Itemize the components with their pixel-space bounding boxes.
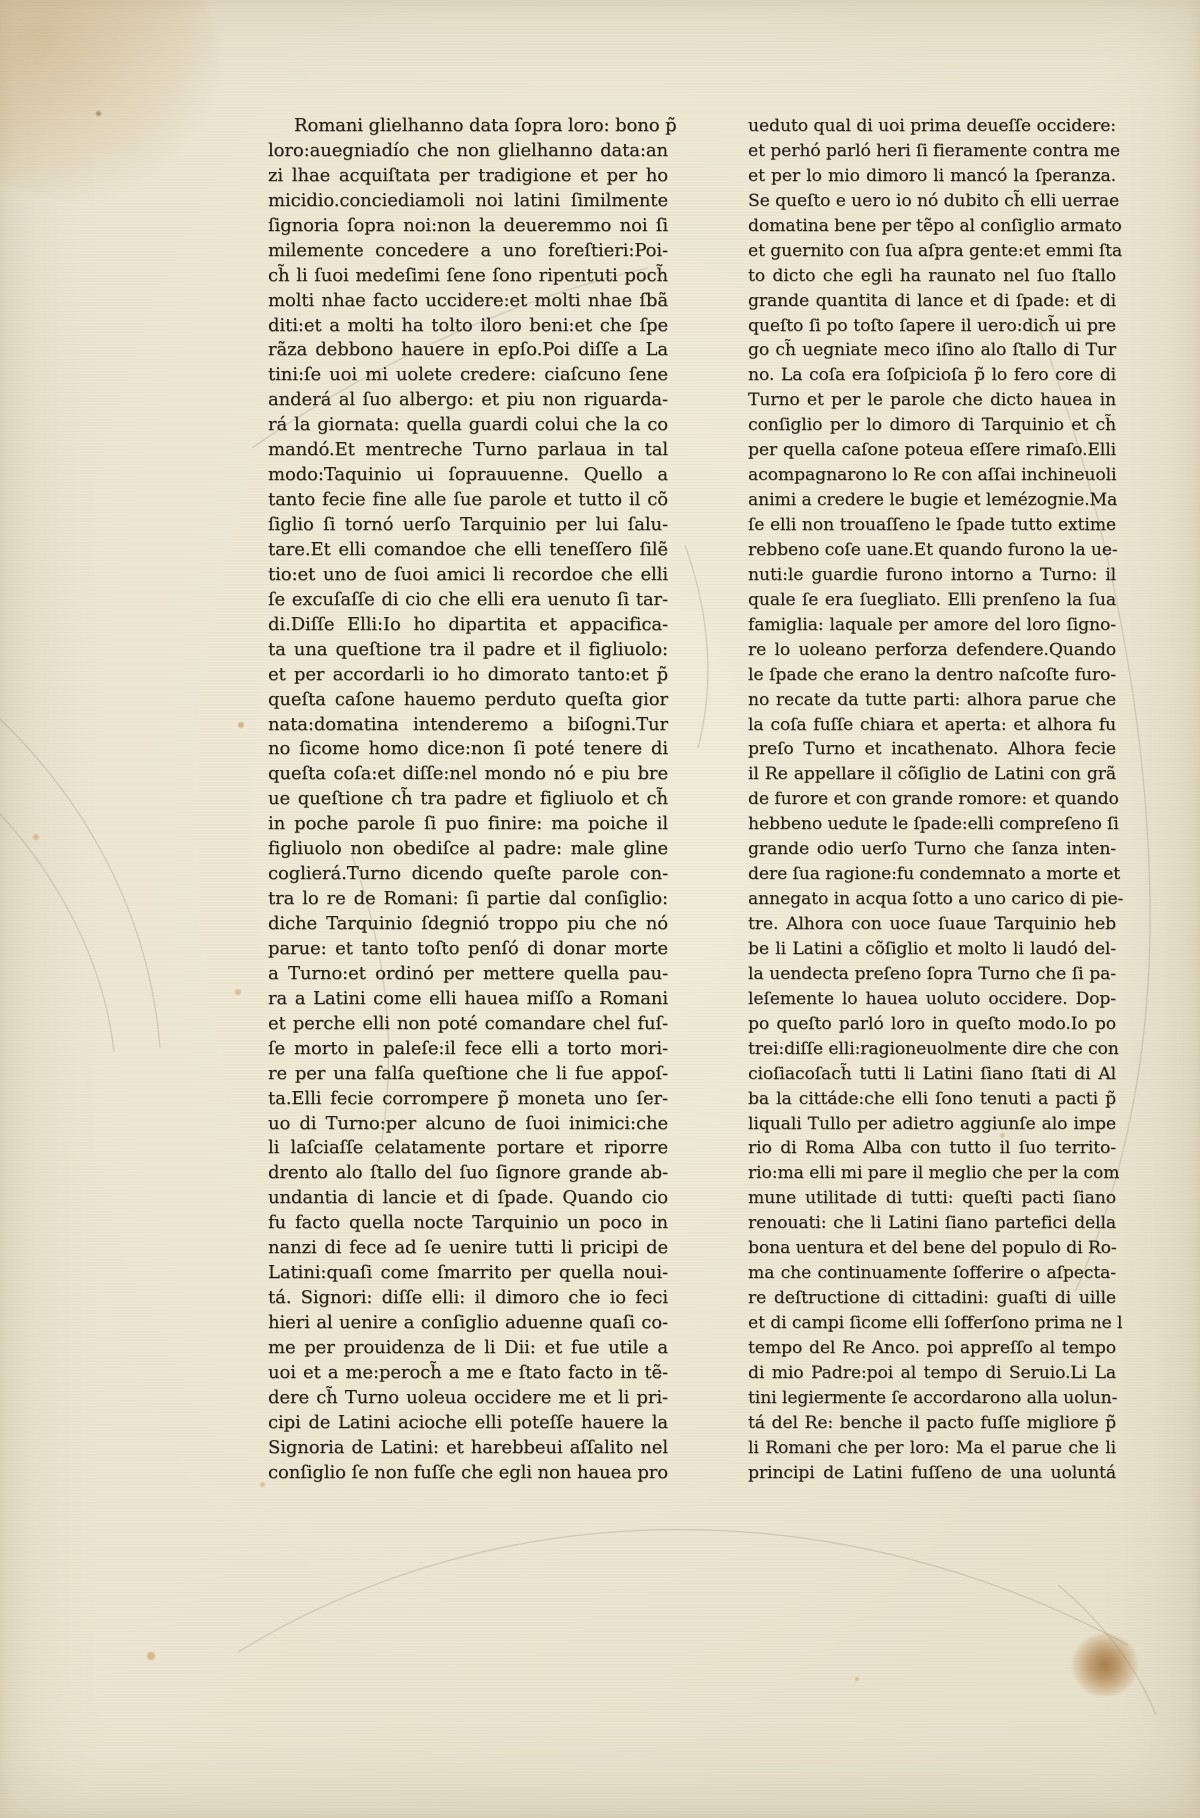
text-line: conſiglio ſe non fuſſe che egli non haue…: [268, 1461, 668, 1486]
foxing-stain-corner: [0, 0, 220, 200]
text-line: re lo uoleano perforza defendere.Quando: [748, 638, 1116, 663]
text-line: parue: et tanto toſto penſó di donar mor…: [268, 937, 668, 962]
text-line: zi lhae acquiſtata per tradigione et per…: [268, 164, 668, 189]
text-line: et guernito con ſua aſpra gente:et emmi …: [748, 239, 1116, 264]
text-line: ue queſtione ch̃ tra padre et figliuolo …: [268, 787, 668, 812]
text-line: la coſa fuſſe chiara et aperta: et alhor…: [748, 713, 1116, 738]
text-line: rá la giornata: quella guardi colui che …: [268, 413, 668, 438]
foxing-speck: [855, 1677, 859, 1681]
text-line: diche Tarquinio ſdegnió troppo piu che n…: [268, 912, 668, 937]
text-line: la uendecta preſeno ſopra Turno che ſi p…: [748, 962, 1116, 987]
text-line: ba la cittáde:che elli ſono tenuti a pac…: [748, 1087, 1116, 1112]
text-line: ta una queſtione tra il padre et il figl…: [268, 638, 668, 663]
foxing-speck: [33, 834, 39, 840]
text-line: drento alo ſtallo del ſuo ſignore grande…: [268, 1161, 668, 1186]
text-line: to dicto che egli ha raunato nel ſuo ſta…: [748, 264, 1116, 289]
text-line: acompagnarono lo Re con aſſai inchineuol…: [748, 463, 1116, 488]
text-line: hebbeno uedute le ſpade:elli compreſeno …: [748, 812, 1116, 837]
text-line: di mio Padre:poi al tempo di Seruio.Li L…: [748, 1361, 1116, 1386]
text-line: molti nhae facto uccidere:et molti nhae …: [268, 289, 668, 314]
text-line: ch̃ li ſuoi medeſimi ſene ſono ripentuti…: [268, 264, 668, 289]
text-line: nanzi di fece ad ſe uenire tutti li pric…: [268, 1236, 668, 1261]
text-line: quale ſe era ſuegliato. Elli prenſeno la…: [748, 588, 1116, 613]
text-line: dere ſua ragione:fu condemnato a morte e…: [748, 862, 1116, 887]
text-line: diti:et a molti ha tolto iloro beni:et c…: [268, 314, 668, 339]
text-line: ſe elli non trouaſſeno le ſpade tutto ex…: [748, 513, 1116, 538]
text-line: domatina bene per tẽpo al conſiglio arma…: [748, 214, 1116, 239]
text-line: Romani glielhanno data ſopra loro: bono …: [268, 114, 668, 139]
text-line: principi de Latini fuſſeno de una uolunt…: [748, 1461, 1116, 1486]
text-line: nuti:le guardie furono intorno a Turno: …: [748, 563, 1116, 588]
text-line: dere ch̃ Turno uoleua occidere me et li …: [268, 1386, 668, 1411]
text-line: Signoria de Latini: et harebbeui aſſalit…: [268, 1436, 668, 1461]
text-line: liquali Tullo per adietro aggiunſe alo i…: [748, 1112, 1116, 1137]
text-line: rãza debbono hauere in epſo.Poi diſſe a …: [268, 338, 668, 363]
text-line: rio di Roma Alba con tutto il ſuo territ…: [748, 1136, 1116, 1161]
text-column-right: ueduto qual di uoi prima deueſſe occider…: [748, 114, 1116, 1486]
text-line: tio:et uno de ſuoi amici li recordoe che…: [268, 563, 668, 588]
text-line: Se queſto e uero io nó dubito ch̃ elli u…: [748, 189, 1116, 214]
text-line: cioſiacoſach̃ tutti li Latini ſiano ſtat…: [748, 1062, 1116, 1087]
text-line: bona uentura et del bene del populo di R…: [748, 1236, 1116, 1261]
text-line: undantia di lancie et di ſpade. Quando c…: [268, 1186, 668, 1211]
text-line: et di campi ſicome elli ſofferſono prima…: [748, 1311, 1116, 1336]
text-line: grande odio uerſo Turno che ſanza inten-: [748, 837, 1116, 862]
text-line: uoi et a me:peroch̃ a me e ſtato facto i…: [268, 1361, 668, 1386]
text-line: et perche elli non poté comandare chel f…: [268, 1012, 668, 1037]
book-page-scan: Romani glielhanno data ſopra loro: bono …: [0, 0, 1200, 1818]
text-line: annegato in acqua ſotto a uno carico di …: [748, 887, 1116, 912]
text-line: re deſtructione di cittadini: guaſti di …: [748, 1286, 1116, 1311]
text-line: et perhó parló heri ſi fieramente contra…: [748, 139, 1116, 164]
text-line: animi a credere le bugie et lemézognie.M…: [748, 488, 1116, 513]
text-line: Turno et per le parole che dicto hauea i…: [748, 388, 1116, 413]
text-line: be li Latini a cõſiglio et molto li laud…: [748, 937, 1116, 962]
text-line: Latini:quaſi come ſmarrito per quella no…: [268, 1261, 668, 1286]
text-line: go ch̃ uegniate meco iſino alo ſtallo di…: [748, 338, 1116, 363]
text-line: famiglia: laquale per amore del loro ſig…: [748, 613, 1116, 638]
text-line: ſe excuſaſſe di cio che elli era uenuto …: [268, 588, 668, 613]
text-line: cipi de Latini acioche elli poteſſe haue…: [268, 1411, 668, 1436]
text-line: no. La coſa era ſoſpicioſa p̃ lo fero co…: [748, 363, 1116, 388]
text-line: no ſicome homo dice:non ſi poté tenere d…: [268, 737, 668, 762]
text-line: loro:auegniadío che non glielhanno data:…: [268, 139, 668, 164]
text-line: tre. Alhora con uoce ſuaue Tarquinio heb: [748, 912, 1116, 937]
text-line: rebbeno coſe uane.Et quando furono la ue…: [748, 538, 1116, 563]
text-line: hieri al uenire a conſiglio aduenne quaſ…: [268, 1311, 668, 1336]
text-line: re per una falſa queſtione che li fue ap…: [268, 1062, 668, 1087]
text-line: tempo del Re Anco. poi appreſſo al tempo: [748, 1336, 1116, 1361]
text-line: tare.Et elli comandoe che elli teneſſero…: [268, 538, 668, 563]
foxing-speck: [238, 722, 244, 728]
text-line: modo:Taquinio ui ſoprauuenne. Quello a: [268, 463, 668, 488]
text-line: nata:domatina intenderemo a biſogni.Tur: [268, 713, 668, 738]
text-line: mune utilitade di tutti: queſti pacti ſi…: [748, 1186, 1116, 1211]
text-line: in poche parole ſi puo finire: ma poiche…: [268, 812, 668, 837]
text-line: ſignoria ſopra noi:non la deueremmo noi …: [268, 214, 668, 239]
text-line: mandó.Et mentreche Turno parlaua in tal: [268, 438, 668, 463]
text-line: milemente concedere a uno foreſtieri:Poi…: [268, 239, 668, 264]
text-line: tra lo re de Romani: ſi partie dal conſi…: [268, 887, 668, 912]
text-line: preſo Turno et incathenato. Alhora fecie: [748, 737, 1116, 762]
text-line: fu facto quella nocte Tarquinio un poco …: [268, 1211, 668, 1236]
text-line: micidio.conciediamoli noi latini ſimilme…: [268, 189, 668, 214]
text-line: renouati: che li Latini ſiano partefici …: [748, 1211, 1116, 1236]
text-line: me per prouidenza de li Dii: et fue util…: [268, 1336, 668, 1361]
text-line: queſta coſa:et diſſe:nel mondo nó e piu …: [268, 762, 668, 787]
text-line: tá del Re: benche il pacto fuſſe miglior…: [748, 1411, 1116, 1436]
text-line: tanto fecie fine alle ſue parole et tutt…: [268, 488, 668, 513]
text-line: tini:ſe uoi mi uolete credere: ciaſcuno …: [268, 363, 668, 388]
text-line: queſto ſi po toſto ſapere il uero:dich̃ …: [748, 314, 1116, 339]
text-line: coglierá.Turno dicendo queſte parole con…: [268, 862, 668, 887]
text-line: po queſto parló loro in queſto modo.Io p…: [748, 1012, 1116, 1037]
text-line: il Re appellare il cõſiglio de Latini co…: [748, 762, 1116, 787]
text-line: ueduto qual di uoi prima deueſſe occider…: [748, 114, 1116, 139]
text-line: le ſpade che erano la dentro naſcoſte fu…: [748, 663, 1116, 688]
text-line: et per accordarli io ho dimorato tanto:e…: [268, 663, 668, 688]
text-line: et per lo mio dimoro li mancó la ſperanz…: [748, 164, 1116, 189]
text-line: tá. Signori: diſſe elli: il dimoro che i…: [268, 1286, 668, 1311]
text-line: figliuolo non obediſce al padre: male gl…: [268, 837, 668, 862]
text-line: trei:diſſe elli:ragioneuolmente dire che…: [748, 1037, 1116, 1062]
text-line: queſta caſone hauemo perduto queſta gior: [268, 688, 668, 713]
text-line: li laſciaſſe celatamente portare et ripo…: [268, 1136, 668, 1161]
text-line: a Turno:et ordinó per mettere quella pau…: [268, 962, 668, 987]
text-line: ſe morto in paleſe:il fece elli a torto …: [268, 1037, 668, 1062]
text-line: uo di Turno:per alcuno de ſuoi inimici:c…: [268, 1112, 668, 1137]
text-line: de furore et con grande romore: et quand…: [748, 787, 1116, 812]
text-line: rio:ma elli mi pare il meglio che per la…: [748, 1161, 1116, 1186]
text-line: tini legiermente ſe accordarono alla uol…: [748, 1386, 1116, 1411]
text-line: ſiglio ſi tornó uerſo Tarquinio per lui …: [268, 513, 668, 538]
text-line: no recate da tutte parti: alhora parue c…: [748, 688, 1116, 713]
text-line: li Romani che per loro: Ma el parue che …: [748, 1436, 1116, 1461]
foxing-speck: [96, 111, 101, 116]
text-line: ma che continuamente ſofferire o aſpecta…: [748, 1261, 1116, 1286]
text-line: ta.Elli fecie corrompere p̃ moneta uno ſ…: [268, 1087, 668, 1112]
foxing-speck: [147, 1652, 155, 1660]
foxing-speck: [260, 1482, 265, 1487]
text-line: anderá al ſuo albergo: et piu non riguar…: [268, 388, 668, 413]
text-line: conſiglio per lo dimoro di Tarquinio et …: [748, 413, 1116, 438]
text-line: ra a Latini come elli hauea miſſo a Roma…: [268, 987, 668, 1012]
text-column-left: Romani glielhanno data ſopra loro: bono …: [268, 114, 668, 1486]
foxing-stain-large: [1072, 1634, 1138, 1696]
foxing-speck: [235, 989, 241, 995]
text-line: grande quantita di lance et di ſpade: et…: [748, 289, 1116, 314]
text-line: leſemente lo hauea uoluto occidere. Dop-: [748, 987, 1116, 1012]
text-line: per quella caſone poteua eſſere rimaſo.E…: [748, 438, 1116, 463]
text-line: di.Diſſe Elli:Io ho dipartita et appacif…: [268, 613, 668, 638]
